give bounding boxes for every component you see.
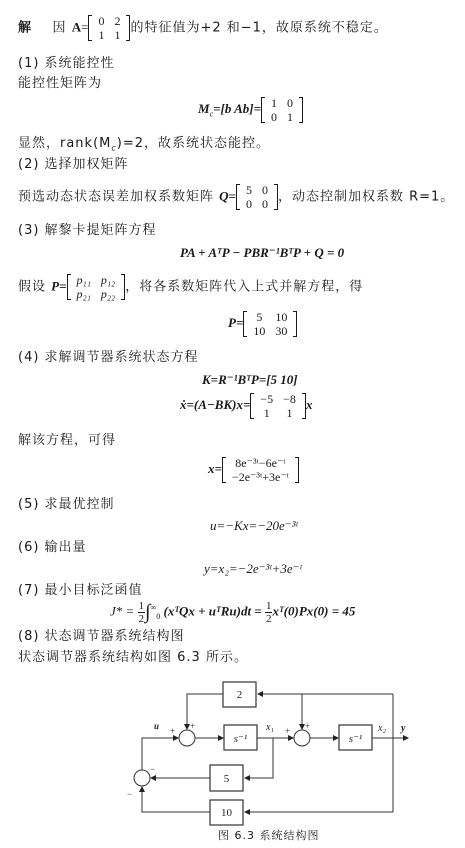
j2-top-sign: + — [305, 721, 310, 731]
gain-2-label: 2 — [237, 689, 243, 701]
summing-junction-3 — [134, 770, 150, 786]
summing-junction-1 — [179, 730, 195, 746]
section-3-heading: (3) 解黎卡提矩阵方程 — [18, 223, 157, 239]
x-solution: x= 8e⁻³ᵗ−6e⁻ᵗ −2e⁻³ᵗ+3e⁻ᵗ — [208, 456, 299, 484]
j1-left-sign: + — [170, 726, 175, 736]
controllability-matrix-line: 能控性矩阵为 — [18, 76, 102, 92]
section-2-heading: (2) 选择加权矩阵 — [18, 157, 129, 173]
block-diagram: 2 s⁻¹ s⁻¹ 5 10 u x₁ x₂ y + + + + − − — [0, 670, 465, 848]
diagram-reference-line: 状态调节器系统结构如图 6.3 所示。 — [18, 650, 248, 666]
integrator-1-label: s⁻¹ — [234, 733, 247, 745]
intro-text-after: 的特征值为+2 和−1，故原系统不稳定。 — [130, 21, 387, 36]
signal-y-label: y — [400, 723, 406, 734]
assume-P-line: 假设 P= p₁₁p₁₂ p₂₁p₂₂ ，将各系数矩阵代入上式并解方程，得 — [18, 273, 363, 301]
gain-5-label: 5 — [224, 773, 230, 785]
j1-top-sign: + — [190, 721, 195, 731]
section-1-heading: (1) 系统能控性 — [18, 56, 115, 72]
optimal-control-equation: u=−Kx=−20e⁻³ᵗ — [210, 518, 298, 534]
summing-junction-2 — [294, 730, 310, 746]
K-equation: K=R⁻¹BᵀP=[5 10] — [202, 372, 298, 388]
controllability-matrix-equation: Mc=[b Ab]= 10 01 — [198, 96, 303, 124]
j3-bottom-sign: − — [127, 789, 132, 799]
section-6-heading: (6) 输出量 — [18, 540, 87, 556]
matrix-Q: 50 00 — [236, 183, 278, 211]
j2-left-sign: + — [285, 726, 290, 736]
matrix-A: 02 11 — [88, 14, 130, 42]
matrix-Mc: 10 01 — [261, 96, 303, 124]
figure-caption: 图 6.3 系统结构图 — [218, 828, 320, 844]
x-vector: 8e⁻³ᵗ−6e⁻ᵗ −2e⁻³ᵗ+3e⁻ᵗ — [222, 456, 299, 484]
section-4-heading: (4) 求解调节器系统状态方程 — [18, 350, 199, 366]
min-cost-equation: J* = 12∫∞0 (xᵀQx + uᵀRu)dt = 12xᵀ(0)Px(0… — [110, 600, 355, 625]
riccati-equation: PA + AᵀP − PBR⁻¹BᵀP + Q = 0 — [180, 245, 344, 261]
output-equation: y=x₂=−2e⁻³ᵗ+3e⁻ᵗ — [204, 561, 302, 577]
solve-line: 解该方程，可得 — [18, 433, 116, 449]
signal-u-label: u — [154, 721, 159, 731]
rank-conclusion: 显然，rank(Mc)=2，故系统状态能控。 — [18, 136, 270, 152]
integrator-2-label: s⁻¹ — [349, 733, 362, 745]
solution-label: 解 — [18, 21, 32, 36]
j3-right-sign: − — [150, 764, 155, 774]
gain-10-label: 10 — [221, 807, 233, 819]
section-8-heading: (8) 状态调节器系统结构图 — [18, 629, 185, 645]
weighting-matrix-line: 预选动态状态误差加权系数矩阵 Q= 50 00 ，动态控制加权系数 R=1。 — [18, 183, 454, 211]
section-7-heading: (7) 最小目标泛函值 — [18, 583, 143, 599]
matrix-P: 510 1030 — [243, 310, 297, 338]
matrix-P-symbolic: p₁₁p₁₂ p₂₁p₂₂ — [67, 273, 126, 301]
matrix-A-minus-BK: −5−8 11 — [250, 392, 306, 420]
section-5-heading: (5) 求最优控制 — [18, 497, 115, 513]
matrix-A-label: A — [72, 20, 81, 35]
intro-line: 解 因 A= 02 11 的特征值为+2 和−1，故原系统不稳定。 — [18, 14, 388, 42]
closed-loop-equation: ẋ=(A−BK)x= −5−8 11 x — [180, 392, 312, 420]
P-solution: P= 510 1030 — [228, 310, 297, 338]
intro-text-before: 因 — [53, 21, 67, 36]
signal-x1-label: x₁ — [265, 722, 274, 733]
signal-x2-label: x₂ — [377, 723, 386, 734]
